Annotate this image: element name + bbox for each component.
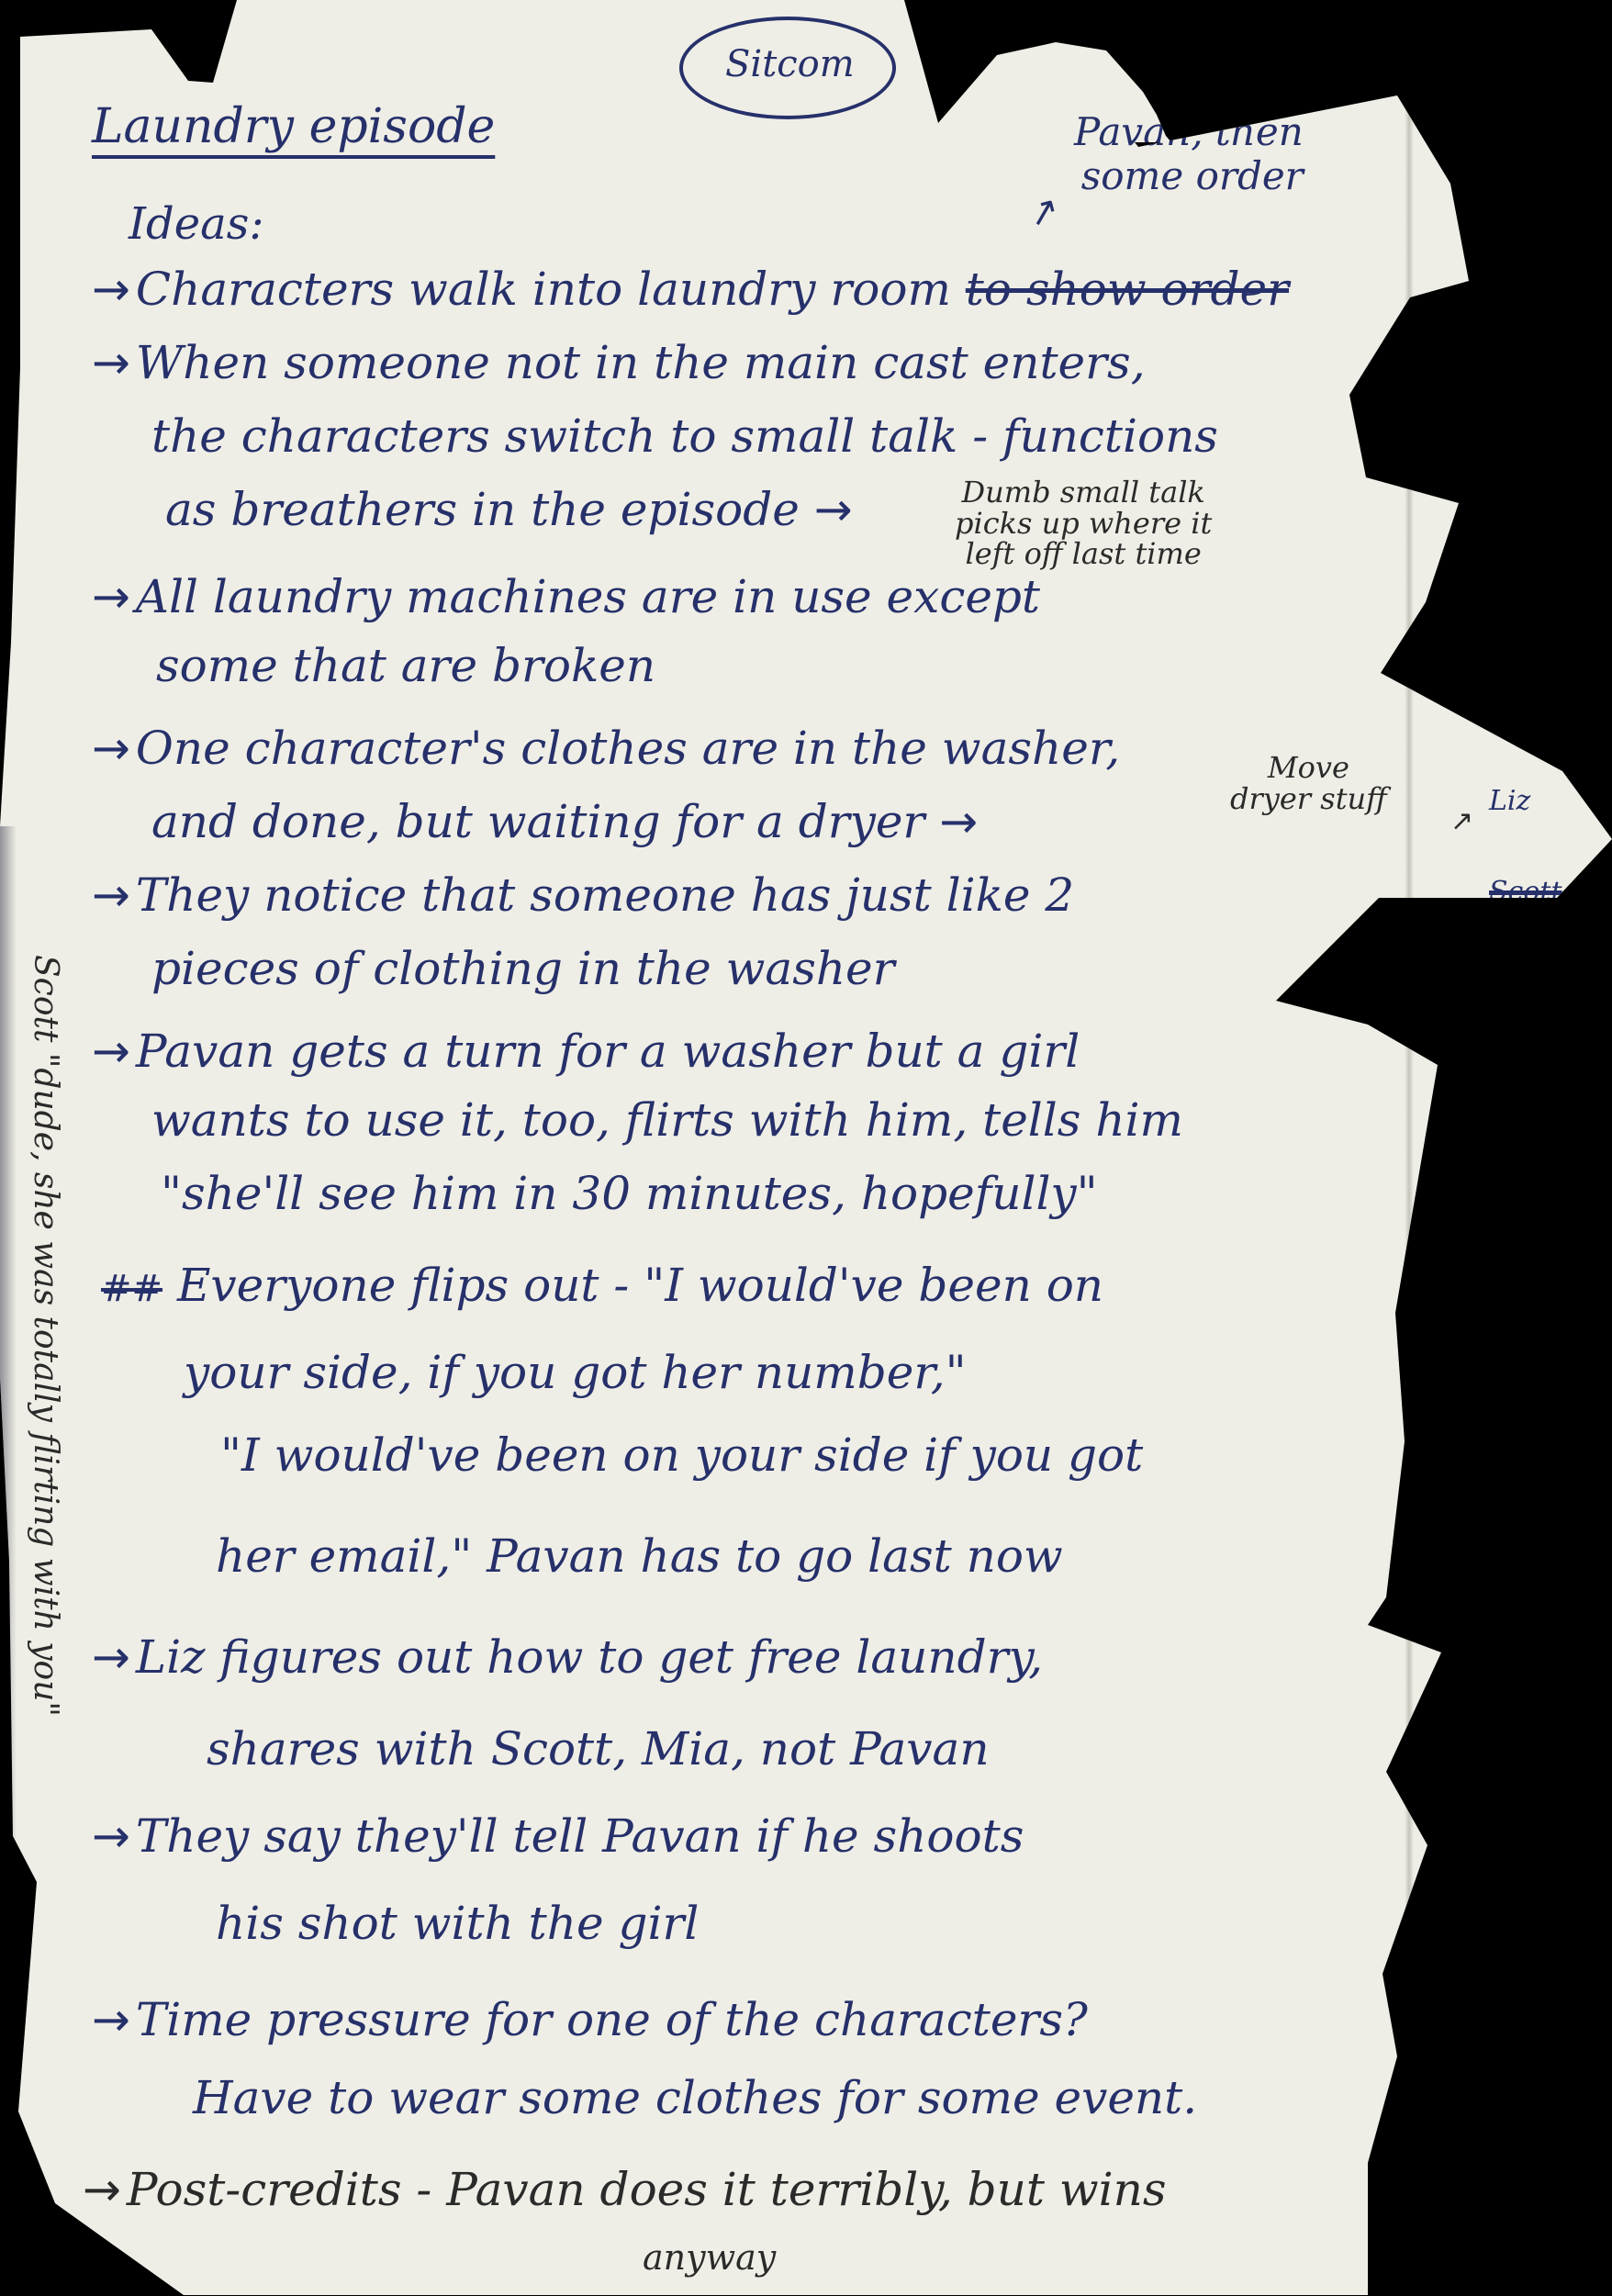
notebook-page: Laundry episode Sitcom Pavan, then some … bbox=[0, 0, 1612, 2296]
arrow-icon: → bbox=[92, 570, 130, 623]
arrow-icon: → bbox=[92, 1993, 130, 2046]
idea-line: his shot with the girl bbox=[216, 1900, 699, 1946]
up-right-arrow-icon: ↗ bbox=[1450, 808, 1473, 835]
idea-line: →One character's clothes are in the wash… bbox=[92, 725, 1120, 771]
up-arrow-icon: ↑ bbox=[1020, 188, 1068, 241]
liz-margin-note: Liz Scott blames Mia bbox=[1489, 725, 1588, 1149]
idea-line: →Post-credits - Pavan does it terribly, … bbox=[83, 2167, 1167, 2212]
arrow-icon: → bbox=[92, 263, 130, 316]
idea-line: →Time pressure for one of the characters… bbox=[92, 1997, 1088, 2043]
idea-line: and done, but waiting for a dryer → bbox=[151, 799, 983, 845]
idea-line: pieces of clothing in the washer bbox=[151, 946, 895, 991]
page-binding-shadow bbox=[1405, 0, 1414, 2296]
arrow-icon: → bbox=[92, 336, 130, 389]
page-edge-shadow bbox=[0, 826, 17, 1928]
arrow-icon: → bbox=[92, 1025, 130, 1078]
idea-line: →They say they'll tell Pavan if he shoot… bbox=[92, 1813, 1024, 1859]
page-title: Laundry episode bbox=[92, 103, 495, 151]
struck-marker: ## bbox=[101, 1268, 162, 1310]
idea-line: "I would've been on your side if you got bbox=[220, 1432, 1143, 1478]
arrow-icon: → bbox=[92, 722, 130, 775]
idea-line: →All laundry machines are in use except bbox=[92, 574, 1040, 620]
idea-line: →Characters walk into laundry room to sh… bbox=[92, 266, 1289, 312]
idea-line: the characters switch to small talk - fu… bbox=[151, 413, 1218, 459]
margin-annotation: Move dryer stuff bbox=[1230, 753, 1387, 814]
idea-line: "she'll see him in 30 minutes, hopefully… bbox=[161, 1170, 1098, 1216]
idea-line: shares with Scott, Mia, not Pavan bbox=[207, 1726, 990, 1772]
idea-line: wants to use it, too, flirts with him, t… bbox=[151, 1097, 1183, 1143]
idea-line: →When someone not in the main cast enter… bbox=[92, 340, 1146, 386]
idea-line: her email," Pavan has to go last now bbox=[216, 1533, 1063, 1579]
idea-line: as breathers in the episode → bbox=[165, 487, 858, 532]
arrow-icon: → bbox=[814, 483, 853, 536]
idea-line: →They notice that someone has just like … bbox=[92, 872, 1074, 918]
struck-text: to show order bbox=[966, 263, 1289, 316]
arrow-icon: → bbox=[92, 868, 130, 922]
margin-annotation: Dumb small talk picks up where it left o… bbox=[955, 477, 1212, 570]
arrow-icon: → bbox=[92, 1809, 130, 1863]
idea-line: ## Everyone flips out - "I would've been… bbox=[101, 1262, 1103, 1308]
arrow-icon: → bbox=[83, 2163, 121, 2216]
idea-line: Have to wear some clothes for some event… bbox=[193, 2075, 1197, 2121]
arrow-icon: → bbox=[939, 795, 978, 848]
idea-line: your side, if you got her number," bbox=[184, 1350, 967, 1395]
vertical-margin-note: Scott "dude, she was totally flirting wi… bbox=[27, 955, 64, 1717]
idea-line: anyway bbox=[643, 2240, 776, 2275]
corner-note: Pavan, then some order bbox=[1074, 110, 1304, 199]
idea-line: some that are broken bbox=[156, 643, 655, 689]
idea-line: →Pavan gets a turn for a washer but a gi… bbox=[92, 1028, 1080, 1074]
idea-line: →Liz figures out how to get free laundry… bbox=[92, 1634, 1043, 1680]
section-label: Ideas: bbox=[129, 202, 264, 246]
circled-label: Sitcom bbox=[725, 46, 855, 83]
arrow-icon: → bbox=[92, 1630, 130, 1684]
